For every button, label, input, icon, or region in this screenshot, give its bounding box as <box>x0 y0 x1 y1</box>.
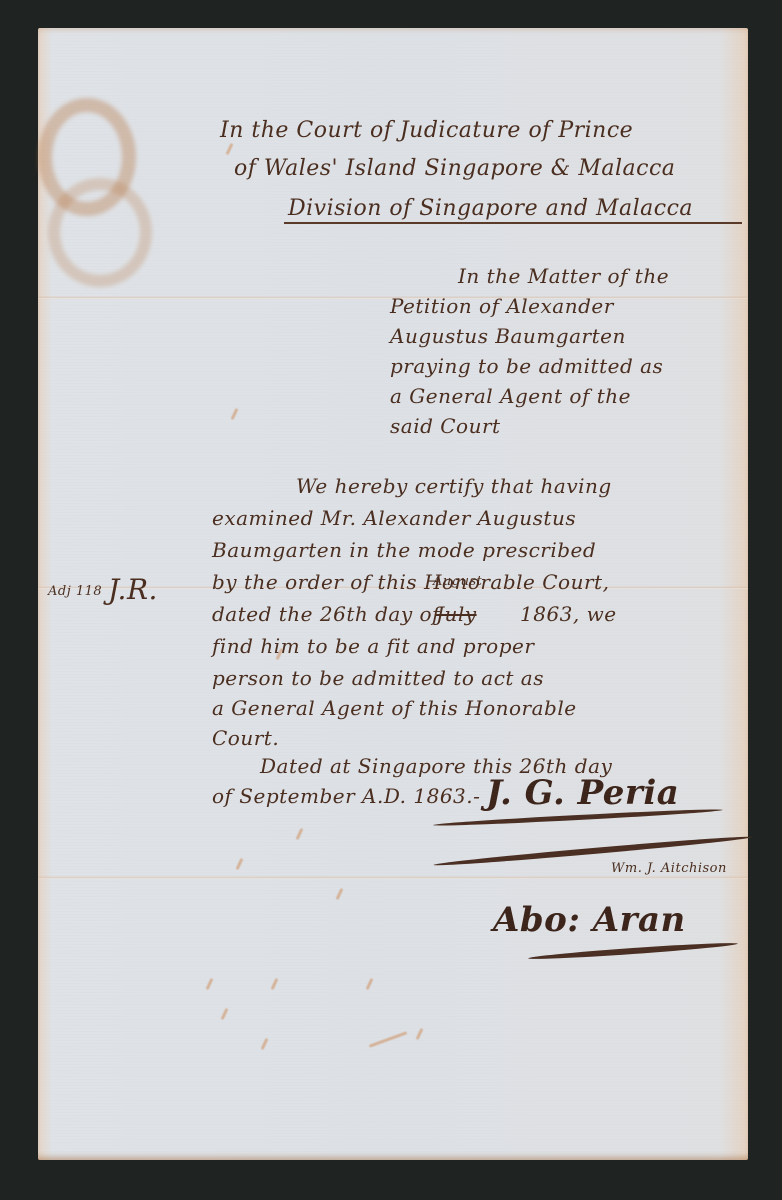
dated-line: of September A.D. 1863.- <box>212 784 480 808</box>
matter-line: praying to be admitted as <box>390 354 663 378</box>
foxing-spot <box>296 828 304 840</box>
certificate-line: examined Mr. Alexander Augustus <box>212 506 576 530</box>
certificate-line: Baumgarten in the mode prescribed <box>212 538 596 562</box>
division-heading: Division of Singapore and Malacca <box>288 196 693 221</box>
signature-first: J. G. Peria <box>486 773 679 813</box>
court-heading-line2: of Wales' Island Singapore & Malacca <box>234 156 675 181</box>
matter-line: Augustus Baumgarten <box>390 324 626 348</box>
fold-line <box>38 876 748 879</box>
struck-month: July <box>436 602 477 626</box>
signature-flourish <box>528 941 738 962</box>
signature-second: Abo: Aran <box>493 900 686 940</box>
matter-line: In the Matter of the <box>458 264 669 288</box>
witness-name: Wm. J. Aitchison <box>611 861 727 876</box>
foxing-spot <box>261 1038 269 1050</box>
certificate-line: a General Agent of this Honorable <box>212 696 577 720</box>
matter-line: Petition of Alexander <box>390 294 614 318</box>
margin-initials: J.R. <box>108 573 158 606</box>
certificate-line: person to be admitted to act as <box>212 666 544 690</box>
margin-note: Adj 118 <box>48 584 102 599</box>
foxing-spot <box>226 143 234 155</box>
certificate-line: by the order of this Honorable Court, <box>212 570 609 594</box>
foxing-spot <box>271 978 279 990</box>
foxing-spot <box>236 858 244 870</box>
foxing-spot <box>206 978 214 990</box>
division-underline <box>284 222 742 224</box>
matter-line: said Court <box>390 414 501 438</box>
foxing-spot <box>221 1008 229 1020</box>
foxing-spot <box>416 1028 424 1040</box>
certificate-line: dated the 26th day of <box>212 602 440 626</box>
document-page: In the Court of Judicature of Prince of … <box>38 28 748 1160</box>
foxing-spot <box>366 978 374 990</box>
certificate-line: 1863, we <box>520 602 617 626</box>
court-heading-line1: In the Court of Judicature of Prince <box>220 118 633 143</box>
certificate-line: We hereby certify that having <box>296 474 612 498</box>
matter-line: a General Agent of the <box>390 384 631 408</box>
water-stain <box>48 178 152 287</box>
foxing-spot <box>369 1031 408 1048</box>
certificate-line: Court. <box>212 726 279 750</box>
certificate-line: find him to be a fit and proper <box>212 634 534 658</box>
inserted-month: August <box>433 574 482 589</box>
foxing-spot <box>231 408 239 420</box>
foxing-spot <box>336 888 344 900</box>
